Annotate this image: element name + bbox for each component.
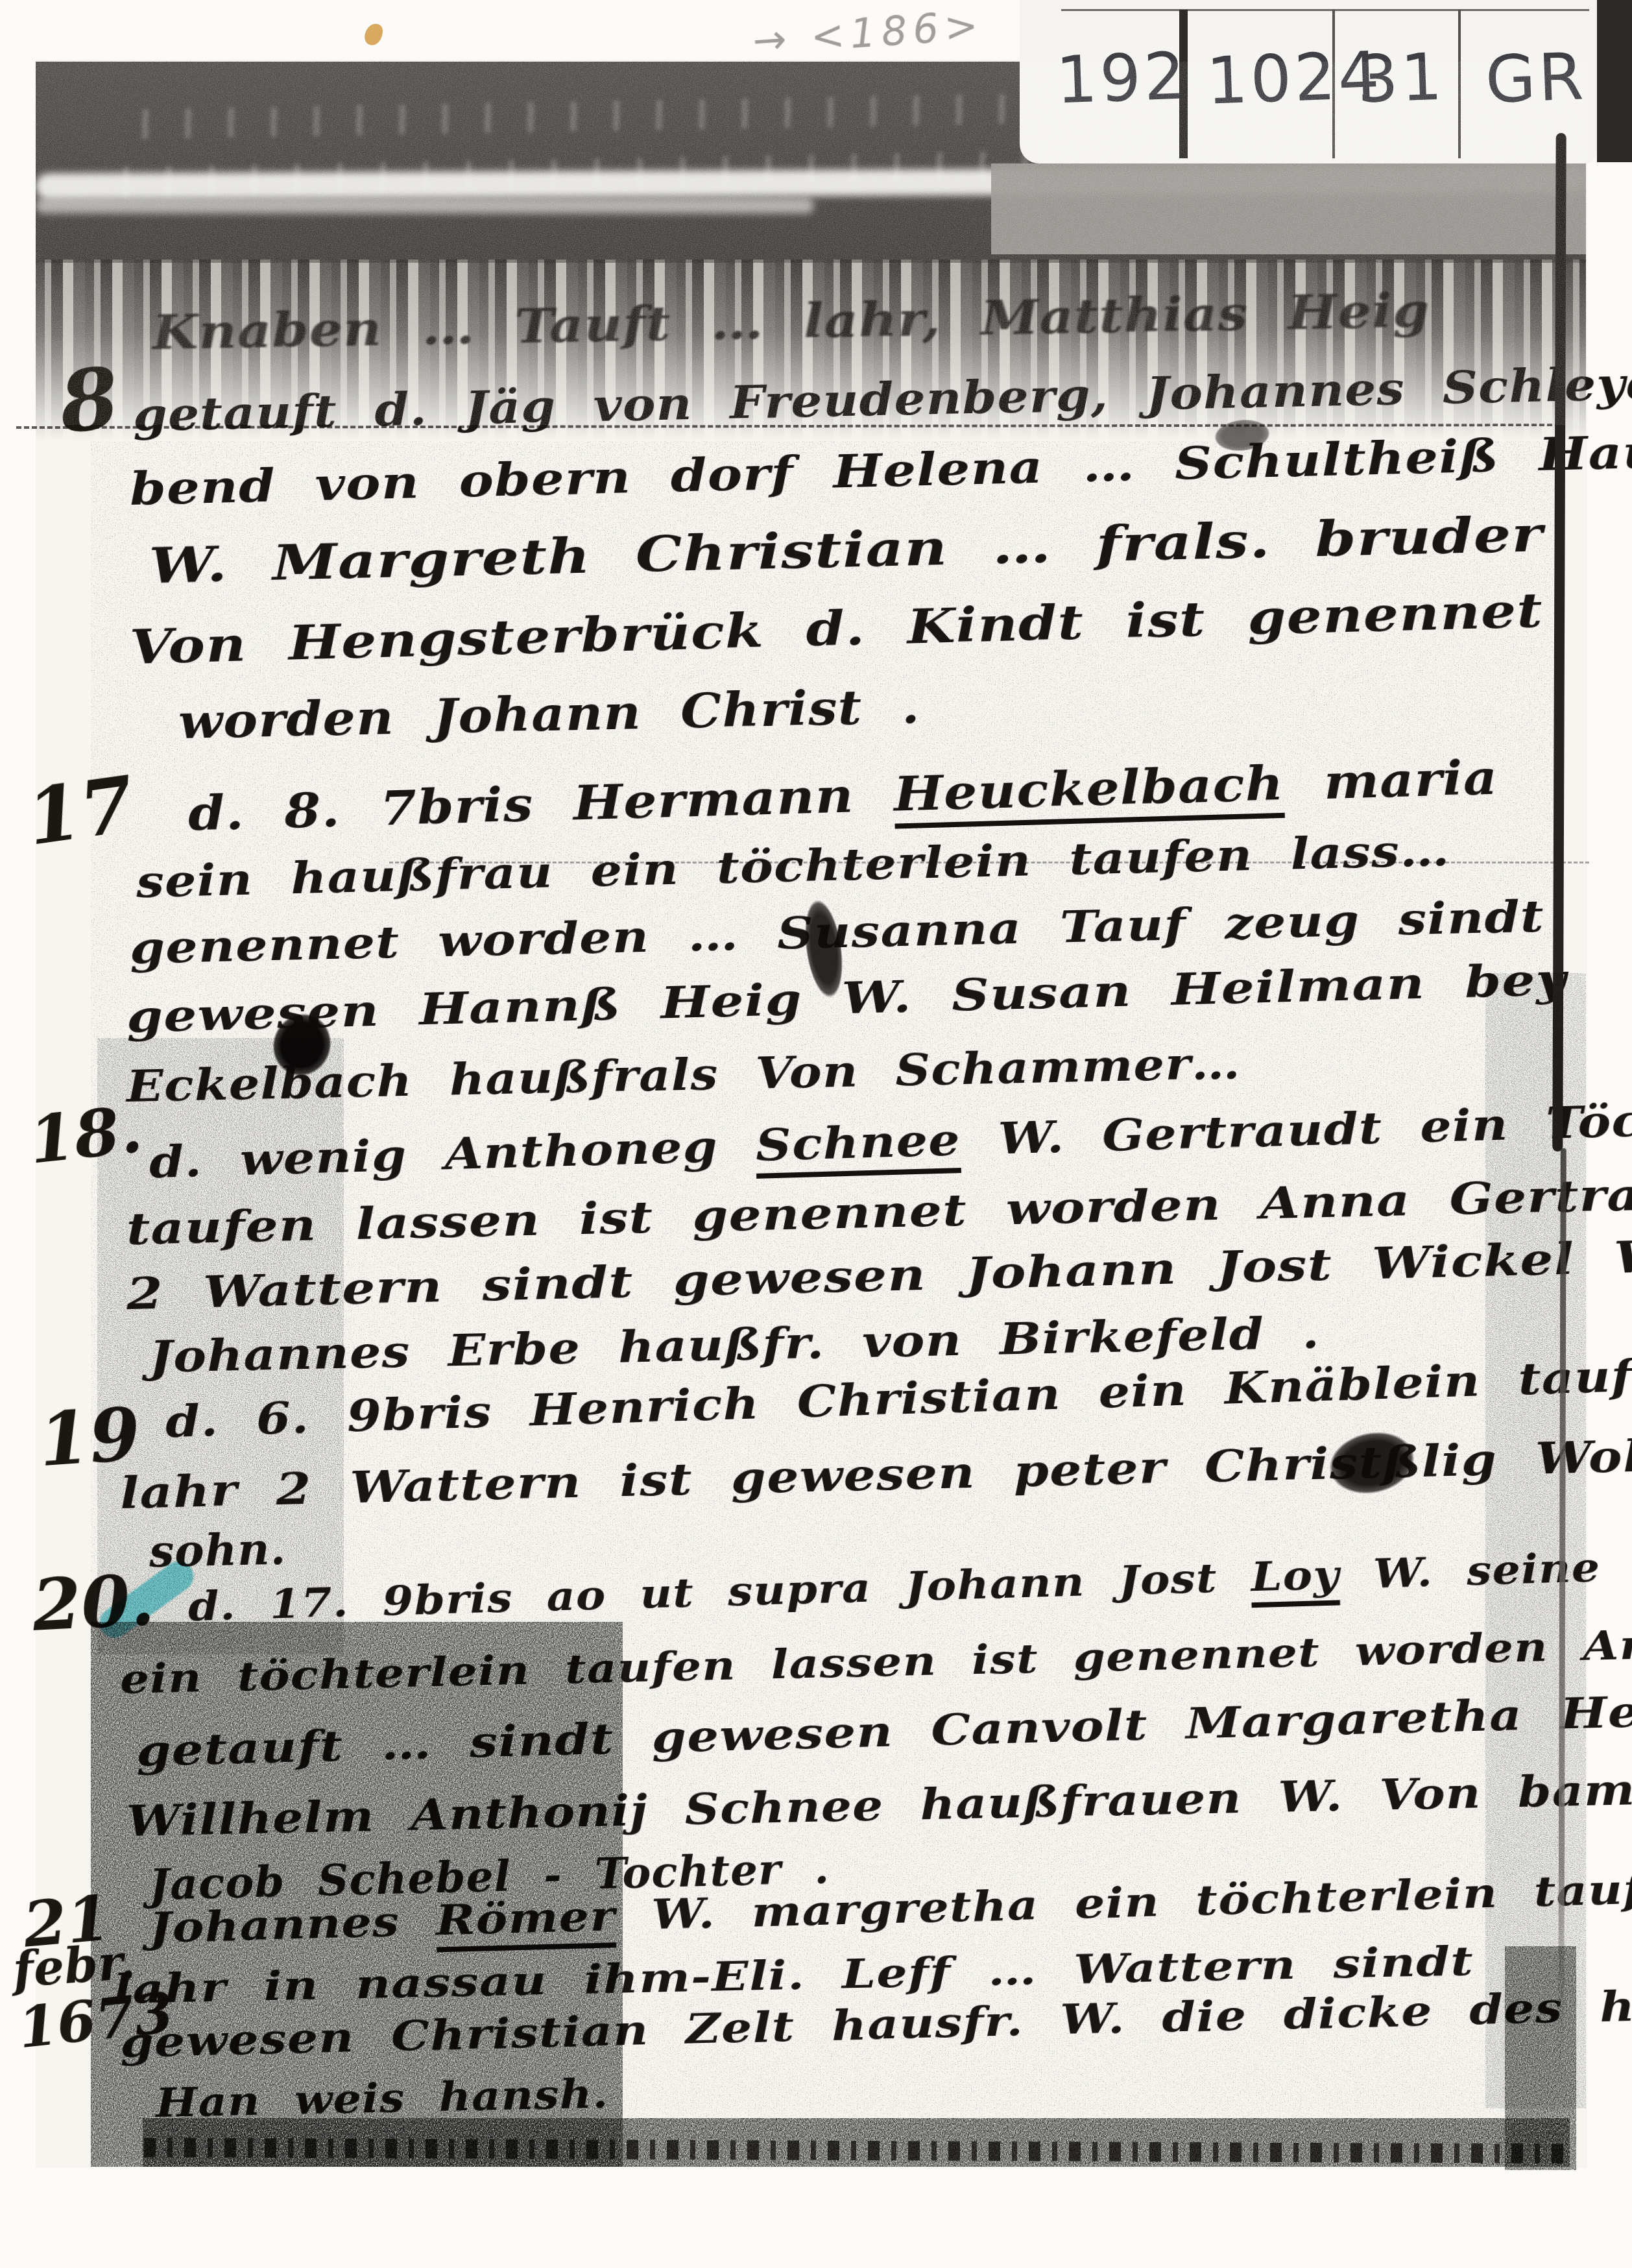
manuscript-text: Han weis hansh.: [155, 2069, 609, 2127]
pencil-annotation: → <186>: [751, 1, 985, 65]
manuscript-line: Han weis hansh.: [155, 2069, 609, 2127]
manuscript-text: Johannes: [149, 1896, 437, 1953]
scanned-register-page: 192 1024 31 GR → <186> 8 17 18. 19 20. 2…: [0, 0, 1632, 2268]
margin-entry-number: 8: [54, 348, 123, 453]
underlined-surname: Schnee: [755, 1114, 961, 1179]
label-top-rule: [1061, 9, 1589, 11]
gray-shadow-strip: [991, 163, 1586, 254]
underlined-surname: Heuckelbach: [893, 756, 1285, 829]
underlined-surname: Loy: [1251, 1550, 1341, 1608]
paper-speck: [363, 21, 385, 47]
catalog-cell-page: 192: [1055, 38, 1189, 118]
manuscript-text: maria: [1283, 750, 1498, 811]
catalog-label-strip: 192 1024 31 GR: [1020, 0, 1597, 163]
catalog-cell-count: 31: [1356, 39, 1446, 118]
underlined-surname: Römer: [435, 1892, 616, 1952]
catalog-cell-code: GR: [1484, 38, 1587, 117]
white-scan-streak: [36, 198, 814, 213]
scan-corner-black: [1597, 0, 1632, 162]
label-divider: [1458, 10, 1461, 158]
margin-entry-number: 17: [21, 758, 139, 863]
